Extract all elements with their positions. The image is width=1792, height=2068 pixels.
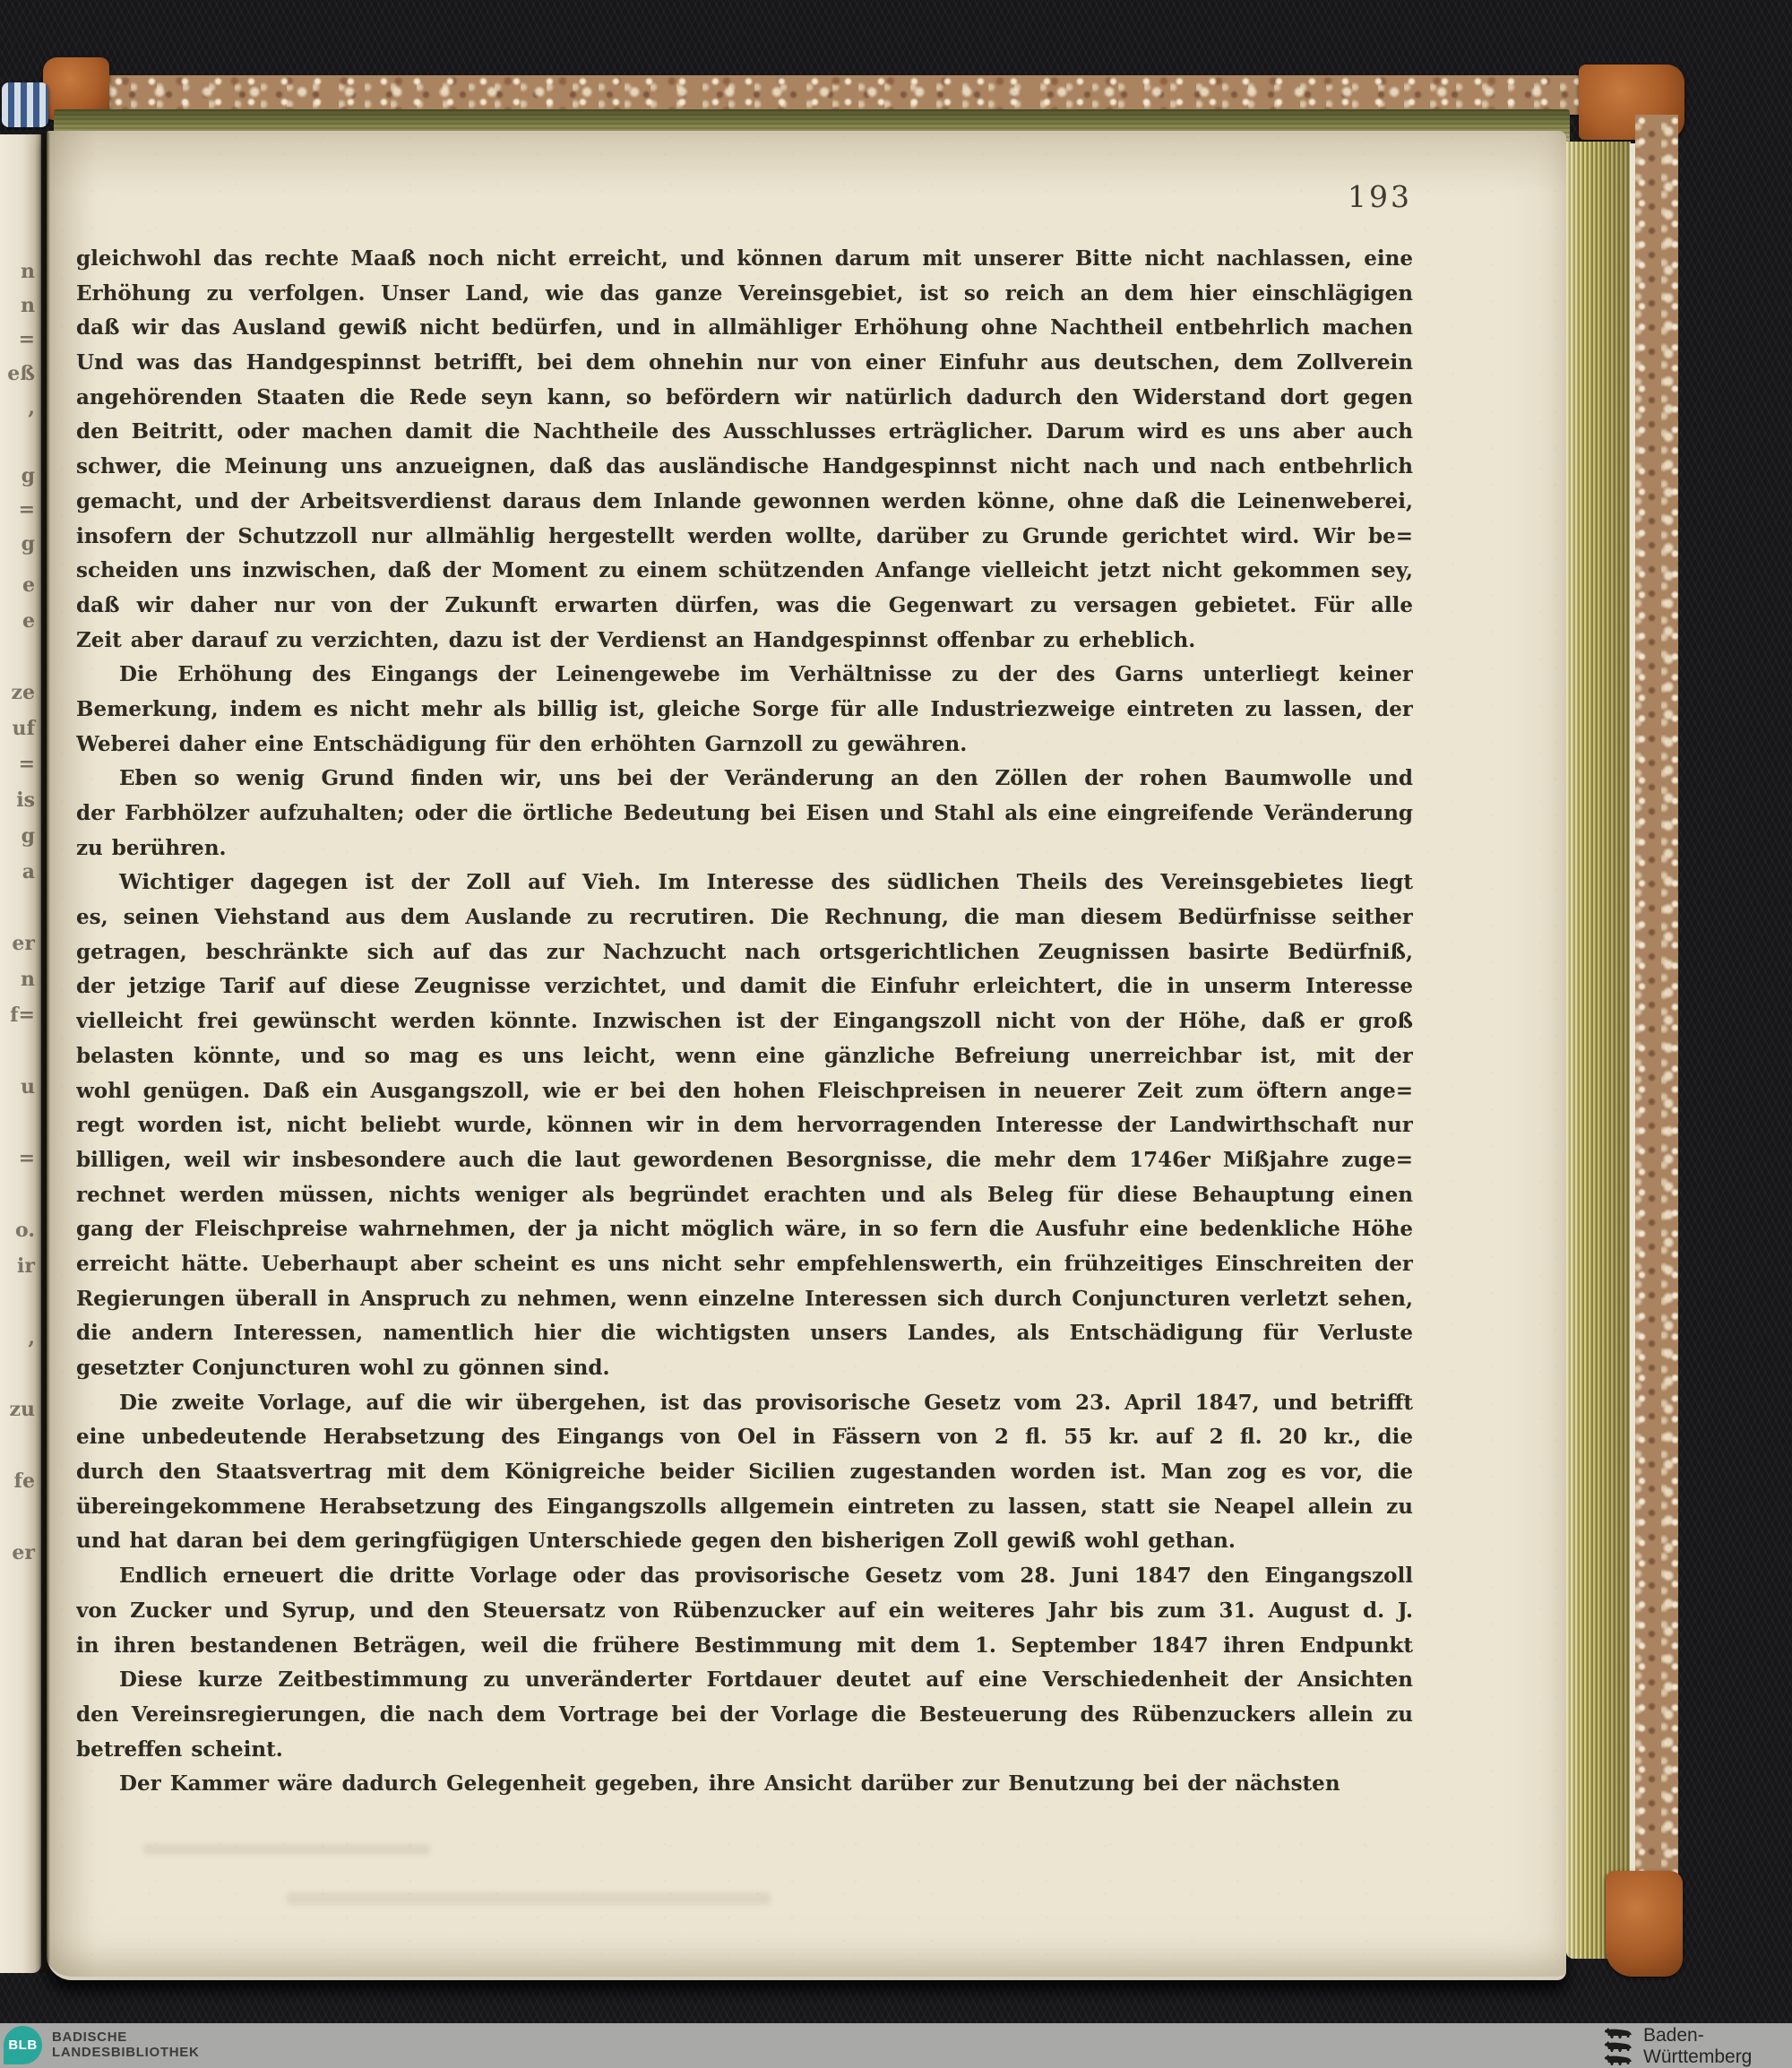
text-line: durch den Staatsvertrag mit dem Königrei…	[76, 1455, 1413, 1490]
blb-logo-text: BLB	[8, 2038, 37, 2053]
text-line: belasten könnte, und so mag es uns leich…	[76, 1039, 1413, 1074]
text-line: und hat daran bei dem geringfügigen Unte…	[76, 1524, 1413, 1559]
book-gutter-shadow	[39, 133, 50, 1973]
facing-page-text-fragment: e	[1, 573, 35, 597]
text-line: in ihren bestandenen Beträgen, weil die …	[76, 1629, 1413, 1664]
facing-page-text-fragment: ,	[1, 1326, 35, 1349]
text-line: rechnet werden müssen, nichts weniger al…	[76, 1178, 1413, 1213]
text-line: schwer, die Meinung uns anzueignen, daß …	[76, 450, 1413, 485]
facing-page-text-fragment: f=	[1, 1004, 35, 1027]
book-headband-striped	[2, 82, 48, 127]
state-branding: Baden-Württemberg	[1604, 2025, 1792, 2068]
marbled-board-edge-right	[1635, 115, 1678, 1941]
facing-page-text-fragment: e	[1, 609, 35, 633]
text-line: Endlich erneuert die dritte Vorlage oder…	[76, 1559, 1413, 1594]
text-line: gesetzter Conjuncturen wohl zu gönnen si…	[76, 1351, 1413, 1386]
facing-page-text-fragment: n	[1, 260, 35, 283]
facing-page-text-fragment: er	[1, 932, 35, 955]
text-line: betreffen scheint.	[76, 1733, 1413, 1768]
text-line: Diese kurze Zeitbestimmung zu unveränder…	[76, 1663, 1413, 1698]
text-line: Und was das Handgespinnst betrifft, bei …	[76, 346, 1413, 381]
text-line: vielleicht frei gewünscht werden könnte.…	[76, 1004, 1413, 1039]
text-line: erreicht hätte. Ueberhaupt aber scheint …	[76, 1247, 1413, 1282]
text-line: Die Erhöhung des Eingangs der Leinengewe…	[76, 658, 1413, 693]
ink-bleed-through	[143, 1844, 430, 1855]
facing-page-text-fragment: =	[1, 753, 35, 776]
text-line: daß wir das Ausland gewiß nicht bedürfen…	[76, 311, 1413, 346]
text-line: der jetzige Tarif auf diese Zeugnisse ve…	[76, 969, 1413, 1004]
fore-edge-page-stack	[1566, 142, 1631, 1959]
facing-page-text-fragment: er	[1, 1541, 35, 1564]
text-line: der Farbhölzer aufzuhalten; oder die ört…	[76, 797, 1413, 832]
text-line: angehörenden Staaten die Rede seyn kann,…	[76, 381, 1413, 416]
facing-page-text-fragment: n	[1, 968, 35, 991]
facing-page-text-fragment: a	[1, 860, 35, 883]
text-line: Der Kammer wäre dadurch Gelegenheit gege…	[76, 1767, 1413, 1802]
ink-bleed-through	[287, 1892, 771, 1905]
library-branding-bar: BLB BADISCHE LANDESBIBLIOTHEK Baden-Würt…	[0, 2023, 1792, 2068]
facing-page-text-fragment: =	[1, 1147, 35, 1170]
facing-page-text-fragment: g	[1, 532, 35, 556]
text-line: insofern der Schutzzoll nur allmählig he…	[76, 520, 1413, 555]
text-line: daß wir daher nur von der Zukunft erwart…	[76, 589, 1413, 624]
library-name-line1: BADISCHE	[52, 2029, 200, 2045]
facing-page-text-fragment: ir	[1, 1254, 35, 1278]
facing-page-text-fragment: g	[1, 824, 35, 848]
text-line: Wichtiger dagegen ist der Zoll auf Vieh.…	[76, 866, 1413, 900]
text-line: die andern Interessen, namentlich hier d…	[76, 1316, 1413, 1351]
facing-page-text-fragment: u	[1, 1075, 35, 1099]
text-line: Eben so wenig Grund finden wir, uns bei …	[76, 762, 1413, 797]
text-line: Weberei daher eine Entschädigung für den…	[76, 728, 1413, 763]
text-line: getragen, beschränkte sich auf das zur N…	[76, 935, 1413, 970]
facing-page-text-fragment: =	[1, 328, 35, 351]
facing-page-text-fragment: is	[1, 788, 35, 812]
text-line: Die zweite Vorlage, auf die wir übergehe…	[76, 1386, 1413, 1421]
blb-logo: BLB	[4, 2026, 42, 2064]
leather-corner-bottom-right	[1606, 1871, 1683, 1977]
text-line: Regierungen überall in Anspruch zu nehme…	[76, 1282, 1413, 1317]
text-line: Zeit aber darauf zu verzichten, dazu ist…	[76, 624, 1413, 659]
facing-page-text-fragment: ze	[1, 681, 35, 704]
facing-page-text-fragment: =	[1, 498, 35, 521]
text-line: gleichwohl das rechte Maaß noch nicht er…	[76, 242, 1413, 277]
text-line: wohl genügen. Daß ein Ausgangszoll, wie …	[76, 1074, 1413, 1109]
facing-page-edge-strip: nn=eß,g=geezeuf=isgaernf=u=o.ir,zufeer	[0, 134, 41, 1973]
facing-page-text-fragment: uf	[1, 717, 35, 740]
text-line: von Zucker und Syrup, und den Steuersatz…	[76, 1594, 1413, 1629]
three-lions-coat-of-arms-icon	[1604, 2028, 1633, 2066]
facing-page-text-fragment: g	[1, 464, 35, 487]
facing-page-text-fragment: o.	[1, 1219, 35, 1242]
text-line: eine unbedeutende Herabsetzung des Einga…	[76, 1420, 1413, 1455]
text-line: gemacht, und der Arbeitsverdienst daraus…	[76, 485, 1413, 520]
facing-page-text-fragment: zu	[1, 1398, 35, 1421]
library-name: BADISCHE LANDESBIBLIOTHEK	[52, 2029, 200, 2060]
facing-page-text-fragment: fe	[1, 1469, 35, 1493]
text-line: scheiden uns inzwischen, daß der Moment …	[76, 554, 1413, 589]
text-line: zu berühren.	[76, 832, 1413, 866]
text-line: den Vereinsregierungen, die nach dem Vor…	[76, 1698, 1413, 1733]
facing-page-text-fragment: eß	[1, 362, 35, 385]
text-line: Erhöhung zu verfolgen. Unser Land, wie d…	[76, 277, 1413, 312]
text-line: regt worden ist, nicht beliebt wurde, kö…	[76, 1108, 1413, 1143]
state-label: Baden-Württemberg	[1643, 2025, 1792, 2068]
text-line: Bemerkung, indem es nicht mehr als billi…	[76, 693, 1413, 728]
library-name-line2: LANDESBIBLIOTHEK	[52, 2045, 200, 2060]
text-line: übereingekommene Herabsetzung des Eingan…	[76, 1490, 1413, 1525]
text-block: gleichwohl das rechte Maaß noch nicht er…	[76, 242, 1413, 1802]
text-line: gang der Fleischpreise wahrnehmen, der j…	[76, 1212, 1413, 1247]
text-line: es, seinen Viehstand aus dem Auslande zu…	[76, 900, 1413, 935]
text-line: billigen, weil wir insbesondere auch die…	[76, 1143, 1413, 1178]
facing-page-text-fragment: ,	[1, 396, 35, 419]
page-number: 193	[1344, 179, 1416, 214]
facing-page-text-fragment: n	[1, 294, 35, 317]
text-line: den Beitritt, oder machen damit die Nach…	[76, 415, 1413, 450]
